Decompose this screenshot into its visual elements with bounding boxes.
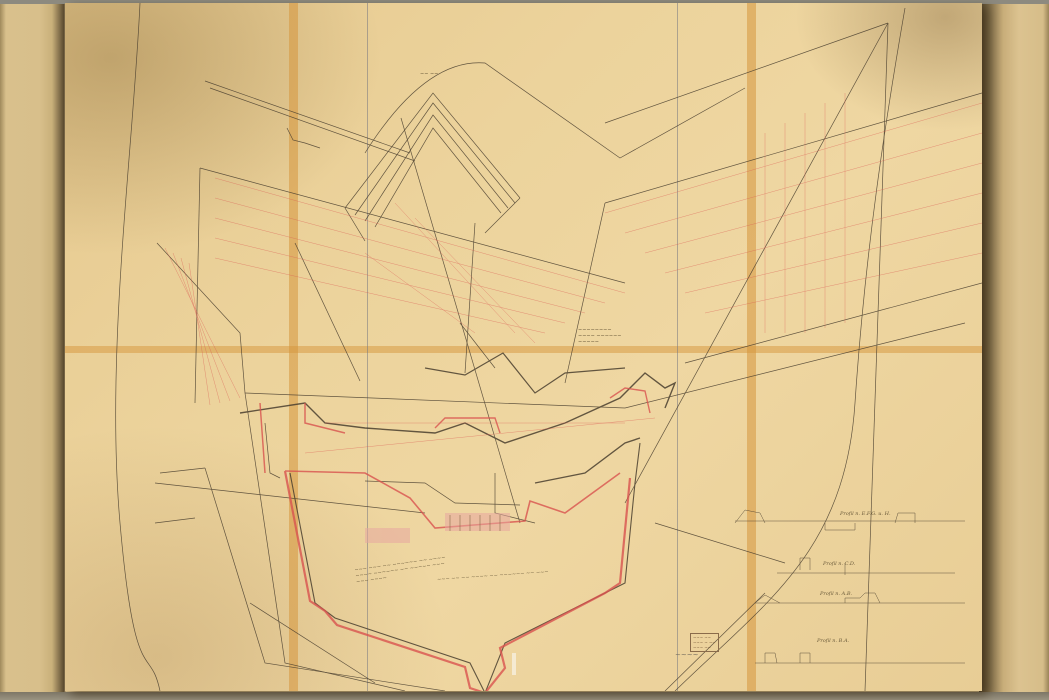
profile-label-cd: Profil n. C.D. — [823, 561, 855, 567]
frame-bottom-edge — [0, 692, 1049, 700]
center-note: ~~~~~~~~ ~~~~ ~~~~~~ ~~~~~ — [578, 327, 621, 345]
stamp-line: ~~~ ~~ — [693, 645, 716, 650]
top-bastion-label: ~~ ~~ — [420, 71, 438, 77]
profile-label-ab: Profil n. A.B. — [820, 591, 852, 597]
frame-backdrop-right — [979, 0, 1049, 700]
fortification-drawing — [65, 3, 982, 691]
inventory-mark: ~~~~ — [675, 651, 698, 659]
profile-label-ba: Profil n. B.A. — [817, 638, 849, 644]
archive-stamp: ~~~ ~~ ~~~ ~ ~~ ~~~ ~~ — [690, 633, 719, 652]
profile-label-efgh: Profil n. E.F.G. u. H. — [840, 511, 891, 517]
plan-sheet: ~~ ~~ ~~~~~~~~ ~~~~ ~~~~~~ ~~~~~ ~~~ ~~~… — [65, 3, 982, 691]
center-note-line: ~~~~~ — [578, 339, 621, 345]
